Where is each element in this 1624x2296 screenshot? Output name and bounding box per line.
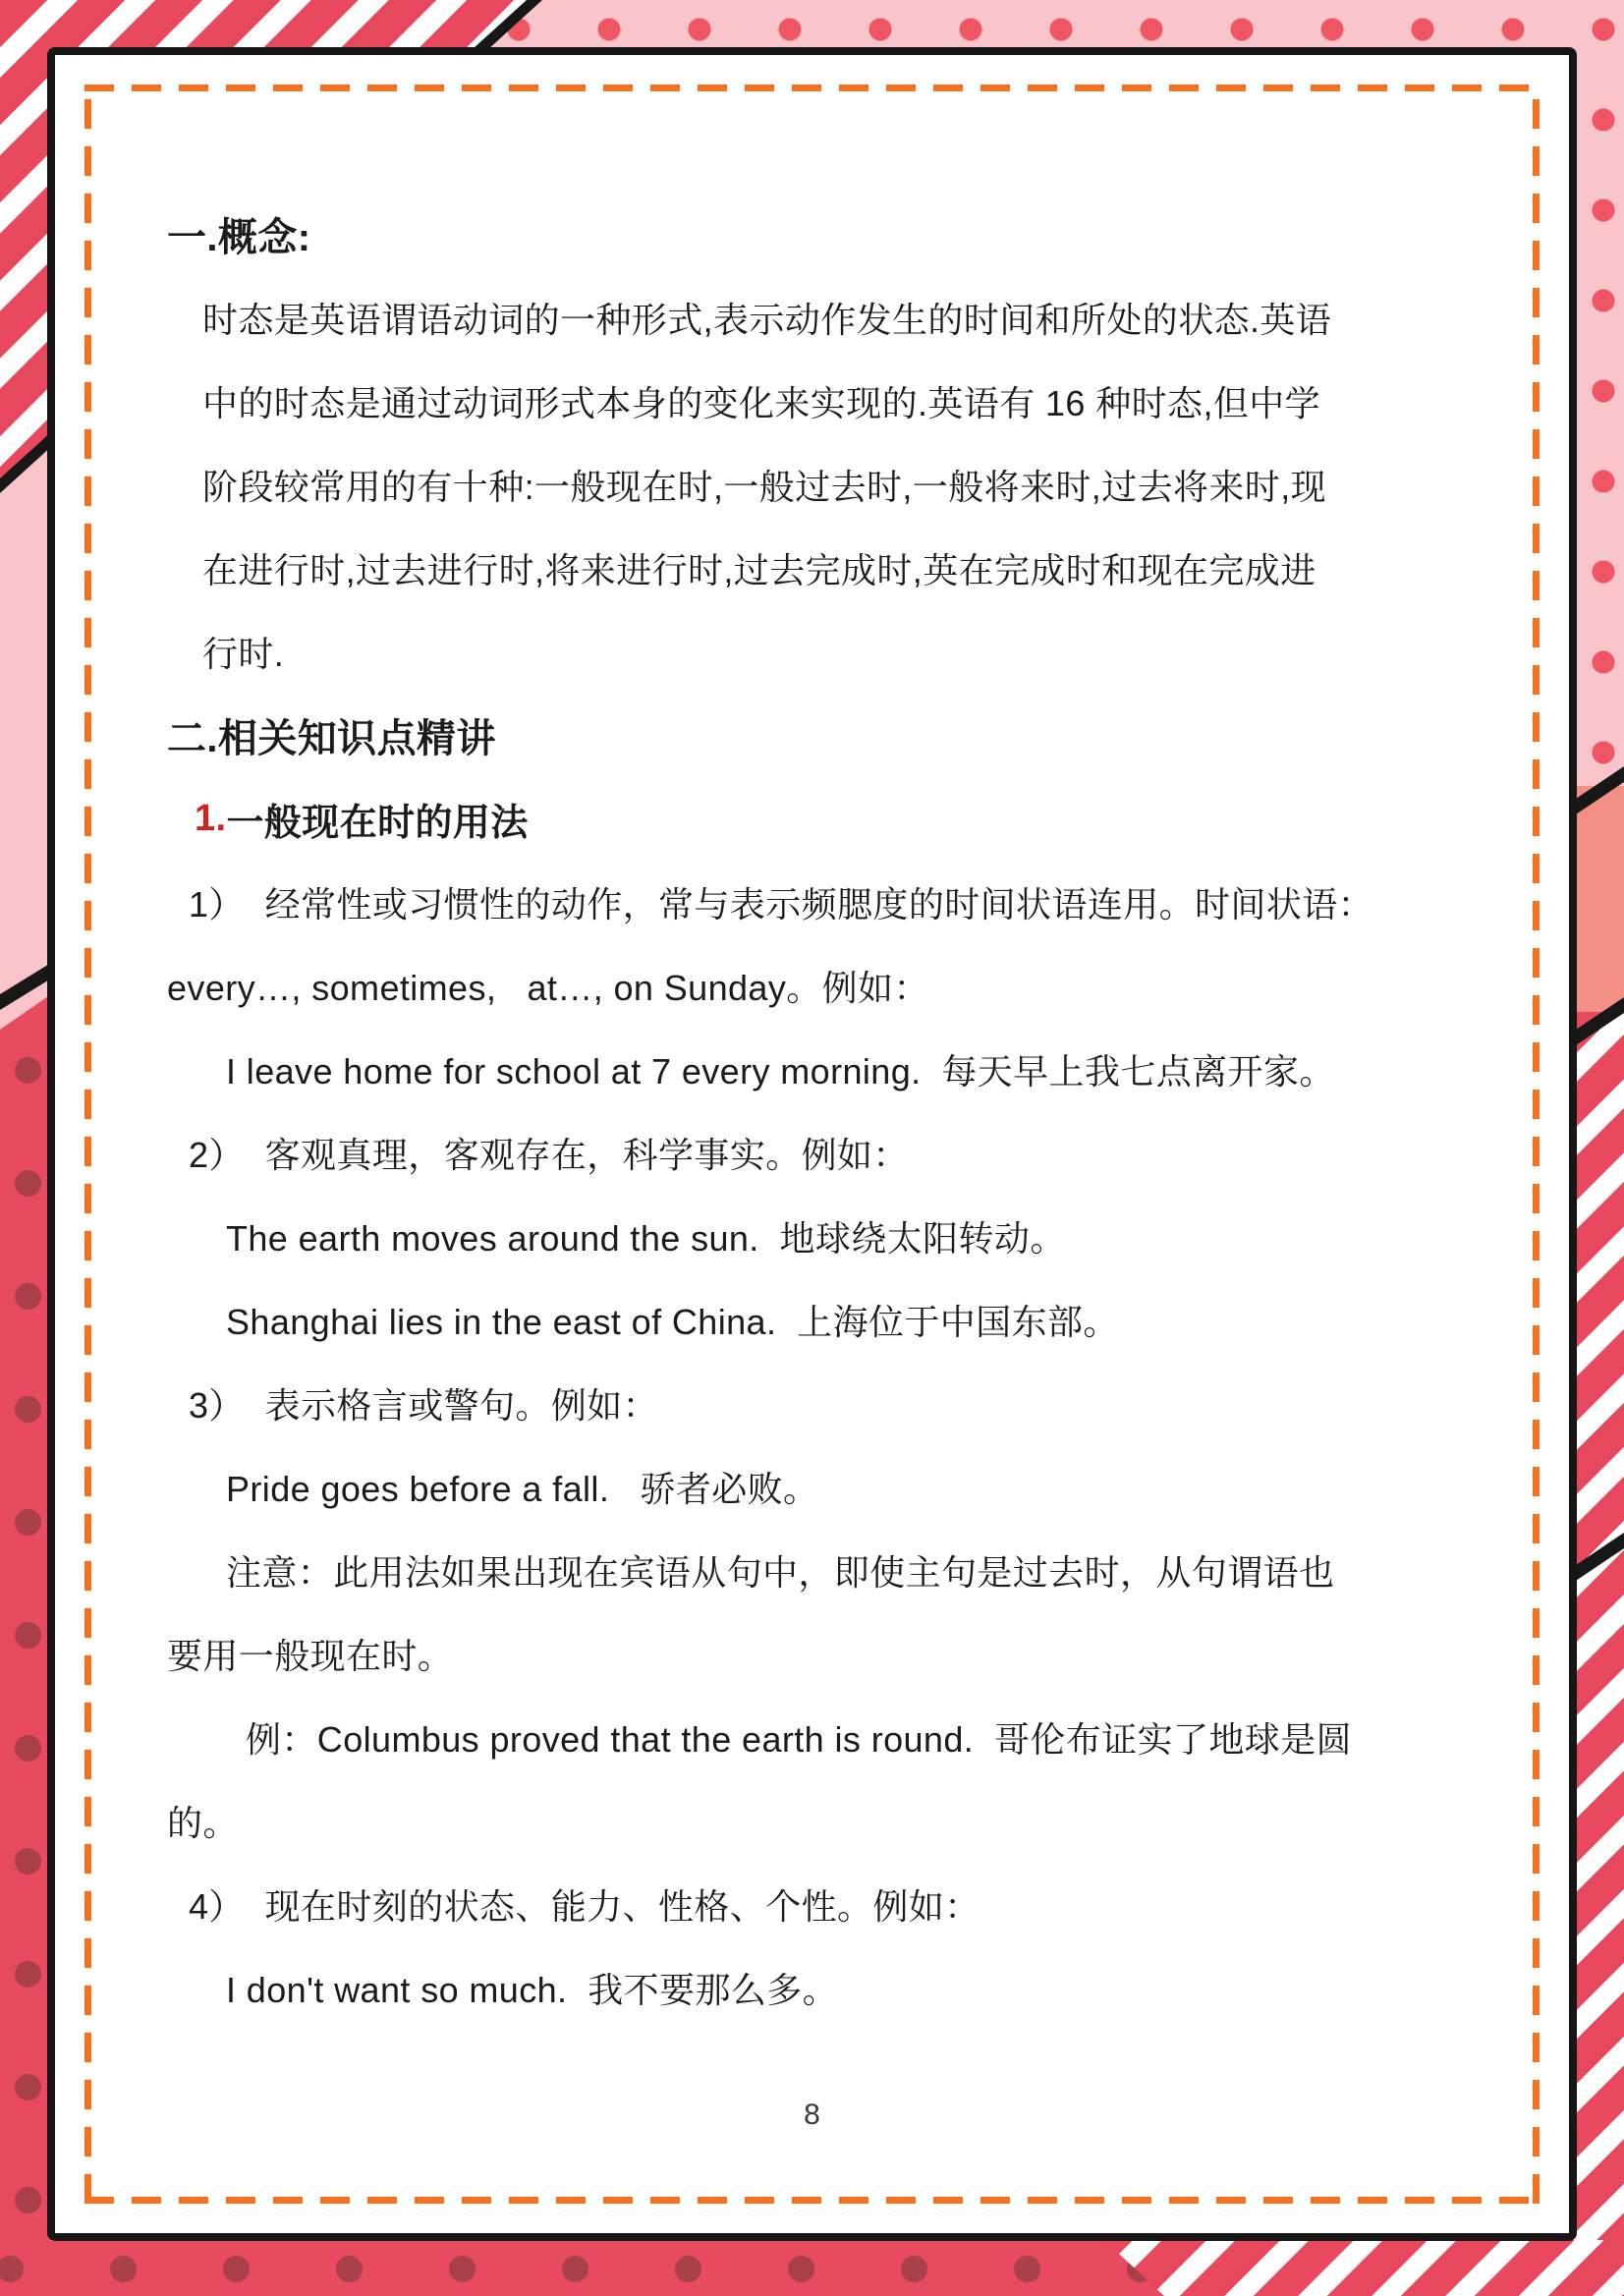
page-number: 8 [55,2099,1569,2132]
subsection-heading: 1.一般现在时的用法 [167,777,1492,861]
example-line: 的。 [167,1779,1492,1863]
example-line: 例：Columbus proved that the earth is roun… [167,1696,1492,1779]
example-line: I don't want so much. 我不要那么多。 [167,1946,1492,2030]
subsection-number: 1. [195,798,227,840]
example-line: I leave home for school at 7 every morni… [167,1028,1492,1111]
bottom-red-dots-decoration [0,2241,1164,2296]
note-line: 注意：此用法如果出现在宾语从句中，即使主句是过去时，从句谓语也 [167,1529,1492,1612]
example-line: Pride goes before a fall. 骄者必败。 [167,1445,1492,1529]
paragraph-line: 在进行时,过去进行时,将来进行时,过去完成时,英在完成时和现在完成进 [167,527,1492,610]
paragraph-line: 中的时态是通过动词形式本身的变化来实现的.英语有 16 种时态,但中学 [167,360,1492,443]
list-item-3: 3） 表示格言或警句。例如： [167,1362,1492,1445]
list-item-1: 1） 经常性或习惯性的动作，常与表示频腮度的时间状语连用。时间状语： [167,861,1492,944]
paragraph-line: 行时. [167,610,1492,694]
subsection-title: 一般现在时的用法 [227,792,529,846]
document-content: 一.概念: 时态是英语谓语动词的一种形式,表示动作发生的时间和所处的状态.英语 … [167,193,1492,2030]
note-line: 要用一般现在时。 [167,1612,1492,1696]
document-page: 一.概念: 时态是英语谓语动词的一种形式,表示动作发生的时间和所处的状态.英语 … [47,47,1577,2241]
paragraph-line: 时态是英语谓语动词的一种形式,表示动作发生的时间和所处的状态.英语 [167,276,1492,360]
list-item-4: 4） 现在时刻的状态、能力、性格、个性。例如： [167,1863,1492,1946]
bottom-right-stripes-decoration [1089,2240,1624,2296]
right-salmon-block-decoration [1573,786,1624,1012]
paragraph-line: 阶段较常用的有十种:一般现在时,一般过去时,一般将来时,过去将来时,现 [167,443,1492,527]
example-line: The earth moves around the sun. 地球绕太阳转动。 [167,1195,1492,1278]
right-stripes-decoration [1573,1012,1624,2296]
section-heading-2: 二.相关知识点精讲 [167,694,1492,777]
example-line: Shanghai lies in the east of China. 上海位于… [167,1278,1492,1362]
bottom-left-red-dots-decoration [0,994,51,2296]
section-heading-1: 一.概念: [167,193,1492,276]
doc-line: every…, sometimes, at…, on Sunday。例如： [167,944,1492,1028]
list-item-2: 2） 客观真理，客观存在，科学事实。例如： [167,1111,1492,1195]
